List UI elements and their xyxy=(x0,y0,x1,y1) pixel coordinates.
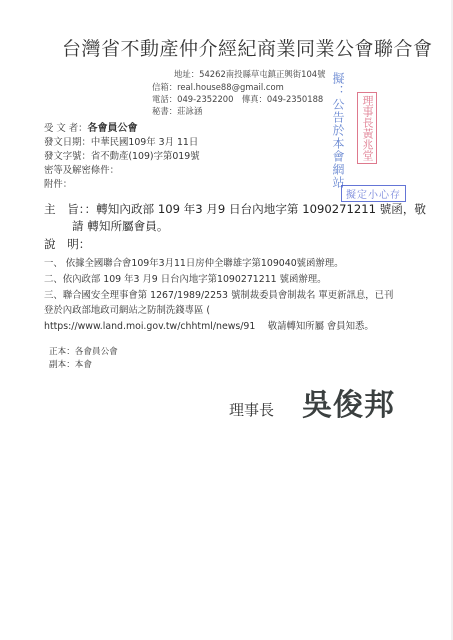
doc-number: 發文字號：省不動產(109)字第019號 xyxy=(44,150,200,164)
attachment: 附件： xyxy=(44,178,72,192)
explanation-url-line: https://www.land.moi.gov.tw/chhtml/news/… xyxy=(44,319,374,334)
org-title: 台灣省不動產仲介經紀商業同業公會聯合會 xyxy=(62,34,433,61)
recipient-label: 受 文 者： xyxy=(44,123,87,134)
explanation-item-2: 二、依內政部 109 年3 月9 日台內地字第1090271211 號函辦理。 xyxy=(44,272,327,287)
signature-name: 吳俊邦 xyxy=(302,380,395,424)
copy-recipients: 副本：本會 xyxy=(49,359,92,372)
secretary: 秘書：莊詠涵 xyxy=(152,105,202,118)
address: 地址：54262南投縣草屯鎮正興街104號 xyxy=(174,68,326,81)
recipient-value: 各會員公會 xyxy=(87,123,137,134)
original-recipients: 正本：各會員公會 xyxy=(49,346,118,359)
phone-fax: 電話：049-2352200 傳真：049-2350188 xyxy=(152,93,323,106)
explanation-item-1: 一、 依據全國聯合會109年3月11日房仲全聯雄字第109040號函辦理。 xyxy=(44,256,344,271)
classification: 密等及解密條件： xyxy=(44,164,119,178)
approval-stamp-vertical: 擬：公告於本會網站 xyxy=(330,72,347,189)
chairman-red-seal: 理事長黃兆堂 xyxy=(357,92,377,164)
issue-date: 發文日期：中華民國109年 3月 11日 xyxy=(44,136,198,150)
email: 信箱：real.house88@gmail.com xyxy=(152,81,284,94)
explanation-item-3-cont: 登於內政部地政司網站之防制洗錢專區 ( xyxy=(44,303,210,318)
subject-line-2: 請 轉知所屬會員。 xyxy=(72,218,168,234)
explanation-item-3: 三、聯合國安全理事會第 1267/1989/2253 號制裁委員會制裁名 單更新… xyxy=(44,288,393,303)
blue-approval-seal: 擬定小心存 xyxy=(341,185,406,202)
recipient: 受 文 者：各會員公會 xyxy=(44,122,137,136)
explanation-heading: 說 明： xyxy=(44,236,90,252)
signature-title: 理事長 xyxy=(229,399,274,420)
subject-line-1: 主 旨：：轉知內政部 109 年3 月9 日台內地字第 1090271211 號… xyxy=(44,201,426,217)
